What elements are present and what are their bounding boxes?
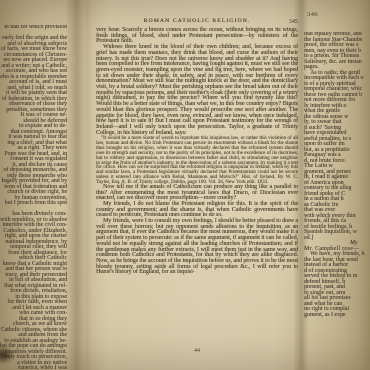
page-number-346: 346 xyxy=(307,11,318,18)
paragraph: Now tell me if the annals of Catholicism… xyxy=(96,185,298,202)
page-345: ROMAN CATHOLIC RELIGION. 345 very hour. … xyxy=(86,0,304,370)
paragraph: "It would be a mere waste of words to re… xyxy=(96,136,298,184)
text-line-fragment: America, when I was xyxy=(0,366,67,370)
text-line-fragment: but I preach from this spot xyxy=(0,201,67,207)
running-header: ROMAN CATHOLIC RELIGION. 345 xyxy=(96,18,298,26)
book-scan: in that for which provision early feel t… xyxy=(0,0,370,370)
paragraph: My friends, I do not blame the Protestan… xyxy=(96,202,298,219)
page-346-edge: 346 that equally terrible, andthe famous… xyxy=(302,0,370,370)
left-page-text: in that for which provision early feel t… xyxy=(0,25,67,370)
paragraph: Widows there kneel in the blood of their… xyxy=(96,45,298,136)
text-line-fragment: gument, as I expe xyxy=(304,313,370,319)
paragraph: very hour. Scarcely a breeze comes acros… xyxy=(96,28,298,45)
right-page-text: that equally terrible, andthe famous Sta… xyxy=(304,32,370,318)
text-line-fragment: in that for which provision xyxy=(0,25,67,31)
paragraph: My friends, were I to consult my own fee… xyxy=(96,219,298,276)
left-page-edge: in that for which provision early feel t… xyxy=(0,0,70,370)
page-body-text: very hour. Scarcely a breeze comes acros… xyxy=(96,28,298,276)
running-header-title: ROMAN CATHOLIC RELIGION. xyxy=(96,18,298,25)
scan-smudge-artifact xyxy=(0,346,14,364)
printer-signature: 44 xyxy=(96,348,298,354)
page-number-345: 345 xyxy=(289,18,298,25)
